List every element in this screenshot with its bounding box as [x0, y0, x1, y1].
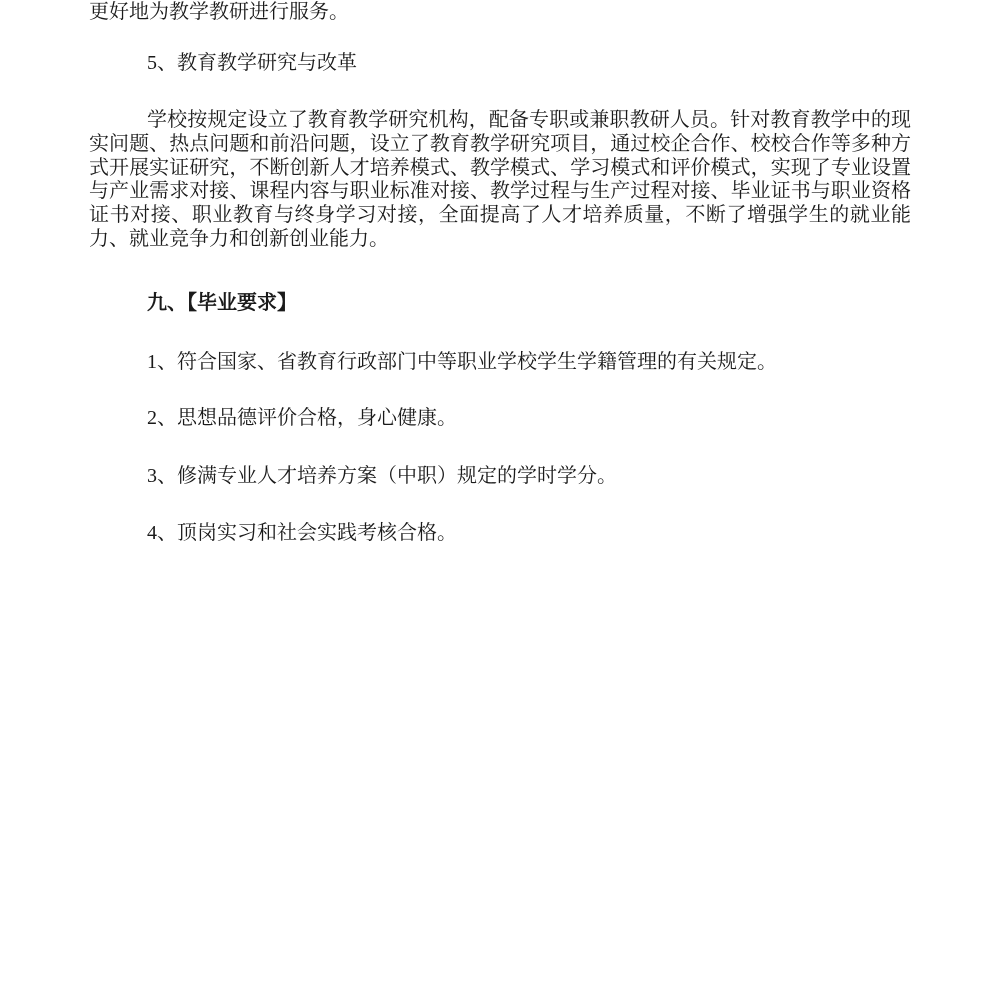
graduation-requirement-item-2: 2、思想品德评价合格，身心健康。	[89, 406, 911, 430]
section9-heading: 九、【毕业要求】	[89, 291, 911, 315]
section5-heading: 5、教育教学研究与改革	[89, 51, 911, 75]
graduation-requirement-item-3: 3、修满专业人才培养方案（中职）规定的学时学分。	[89, 464, 911, 488]
graduation-requirement-item-4: 4、顶岗实习和社会实践考核合格。	[89, 521, 911, 545]
graduation-requirement-item-1: 1、符合国家、省教育行政部门中等职业学校学生学籍管理的有关规定。	[89, 350, 911, 374]
section5-paragraph: 学校按规定设立了教育教学研究机构，配备专职或兼职教研人员。针对教育教学中的现实问…	[89, 109, 911, 252]
document-page: 更好地为教学教研进行服务。 5、教育教学研究与改革 学校按规定设立了教育教学研究…	[0, 0, 1000, 1000]
paragraph-continuation-line: 更好地为教学教研进行服务。	[89, 0, 911, 24]
